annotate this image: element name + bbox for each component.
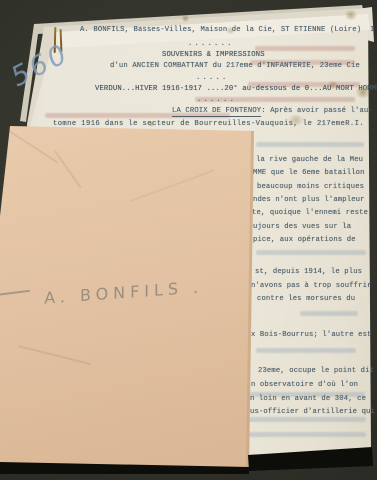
typed-fragment: n'avons pas à trop souffrir <box>251 282 372 291</box>
typed-fragment: n observatoire d'où l'on <box>251 381 358 390</box>
bleed-through-text <box>256 250 366 255</box>
typed-fragment: te, quoique l'ennemi reste <box>252 209 368 218</box>
typed-fragment: ndes n'ont plus l'ampleur <box>253 196 365 205</box>
typed-fragment: ujours des vues sur la <box>253 223 351 232</box>
foxing-stain <box>328 81 338 89</box>
bleed-through-text <box>300 311 358 316</box>
bleed-through-text <box>255 46 355 51</box>
typed-subtitle: d'un ANCIEN COMBATTANT du 217eme d'INFAN… <box>110 62 360 71</box>
foxing-stain <box>356 86 370 98</box>
foxing-stain <box>148 121 154 127</box>
typed-fragment: beaucoup moins critiques <box>257 183 364 192</box>
typed-separator: ...... <box>197 96 236 105</box>
typed-fragment: n loin en avant de 304, ce <box>250 395 366 404</box>
typed-separator: ....... <box>188 40 234 49</box>
typed-fragment: MME que le 6eme bataillon <box>253 169 365 178</box>
bleed-through-text <box>248 417 366 422</box>
scanned-photo: A. BONFILS, Basses-Villes, Maison de la … <box>0 0 377 480</box>
typed-fragment: x Bois-Bourrus; l'autre est <box>251 331 372 340</box>
typed-section-heading-rest: : Après avoir passé l'au- <box>261 107 373 115</box>
typed-section-heading: LA CROIX DE FONTENOY <box>172 107 261 117</box>
bleed-through-text <box>248 432 366 437</box>
typed-section-line: LA CROIX DE FONTENOY: Après avoir passé … <box>172 107 373 116</box>
typed-fragment: st, depuis 1914, le plus <box>255 268 362 277</box>
typed-fragment: la rive gauche de la Meu <box>256 156 363 165</box>
typed-continuation-line: tomne 1916 dans le secteur de Bourreuill… <box>53 120 364 129</box>
bleed-through-text <box>256 348 356 353</box>
foxing-stain <box>226 27 235 34</box>
foxing-stain <box>182 15 189 22</box>
typed-fragment: pice, aux opérations de <box>253 236 356 245</box>
typed-fragment: contre les morsures du <box>257 295 355 304</box>
typed-title: SOUVENIRS & IMPRESSIONS <box>162 51 265 60</box>
foxing-stain <box>345 10 357 20</box>
typed-fragment: 23eme, occupe le point dit <box>258 367 374 376</box>
typed-fragment: us-officier d'artillerie qui <box>250 408 375 417</box>
typed-separator: ..... <box>196 74 229 83</box>
foxing-stain <box>288 115 304 125</box>
bleed-through-text <box>256 142 364 147</box>
